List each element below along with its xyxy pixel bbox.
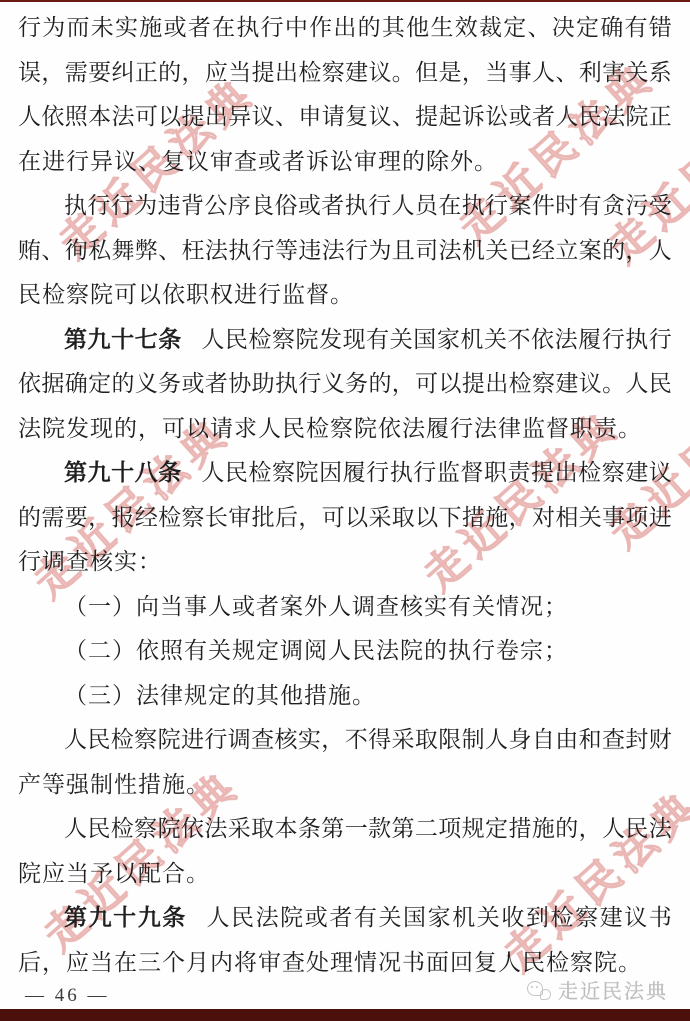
text-line: 第九十九条人民法院或者有关国家机关收到检察建议书	[18, 896, 672, 941]
text-line: 人民检察院进行调查核实，不得采取限制人身自由和查封财	[18, 718, 672, 763]
text-line: 第九十七条人民检察院发现有关国家机关不依法履行执行	[18, 318, 672, 363]
document-page: 走近民法典 走近民法典 走近民法典 走近民法典 走近民法典 走近民法典 走近民法…	[0, 0, 690, 1021]
chat-bubble-smiley-icon	[527, 979, 553, 1001]
article-body: 人民检察院发现有关国家机关不依法履行执行	[201, 327, 672, 352]
text-line: 第九十八条人民检察院因履行执行监督职责提出检察建议	[18, 451, 672, 496]
list-item: （一）向当事人或者案外人调查核实有关情况；	[18, 585, 672, 630]
brand-footer: 走近民法典	[527, 975, 668, 1004]
text-line: 产等强制性措施。	[18, 763, 672, 808]
article-body: 人民法院或者有关国家机关收到检察建议书	[206, 905, 672, 930]
list-item: （三）法律规定的其他措施。	[18, 674, 672, 719]
article-body: 人民检察院因履行执行监督职责提出检察建议	[201, 460, 672, 485]
text-line: 人民检察院依法采取本条第一款第二项规定措施的，人民法	[18, 807, 672, 852]
bottom-accent-bar	[0, 1009, 690, 1021]
page-number: — 46 —	[25, 985, 110, 1007]
text-line: 依据确定的义务或者协助执行义务的，可以提出检察建议。人民	[18, 362, 672, 407]
text-line: 民检察院可以依职权进行监督。	[18, 273, 672, 318]
article-number: 第九十九条	[64, 905, 187, 930]
text-line: 误，需要纠正的，应当提出检察建议。但是，当事人、利害关系	[18, 51, 672, 96]
text-line: 贿、徇私舞弊、枉法执行等违法行为且司法机关已经立案的，人	[18, 229, 672, 274]
article-text-block: 行为而未实施或者在执行中作出的其他生效裁定、决定确有错 误，需要纠正的，应当提出…	[18, 6, 672, 985]
list-item: （二）依照有关规定调阅人民法院的执行卷宗；	[18, 629, 672, 674]
article-number: 第九十七条	[64, 327, 182, 352]
text-line: 执行行为违背公序良俗或者执行人员在执行案件时有贪污受	[18, 184, 672, 229]
text-line: 的需要，报经检察长审批后，可以采取以下措施，对相关事项进	[18, 496, 672, 541]
text-line: 院应当予以配合。	[18, 852, 672, 897]
text-line: 在进行异议、复议审查或者诉讼审理的除外。	[18, 140, 672, 185]
text-line: 法院发现的，可以请求人民检察院依法履行法律监督职责。	[18, 407, 672, 452]
text-line: 人依照本法可以提出异议、申请复议、提起诉讼或者人民法院正	[18, 95, 672, 140]
top-rule	[0, 0, 690, 2]
brand-name: 走近民法典	[558, 975, 668, 1004]
article-number: 第九十八条	[64, 460, 182, 485]
text-line: 行为而未实施或者在执行中作出的其他生效裁定、决定确有错	[18, 6, 672, 51]
text-line: 行调查核实：	[18, 540, 672, 585]
